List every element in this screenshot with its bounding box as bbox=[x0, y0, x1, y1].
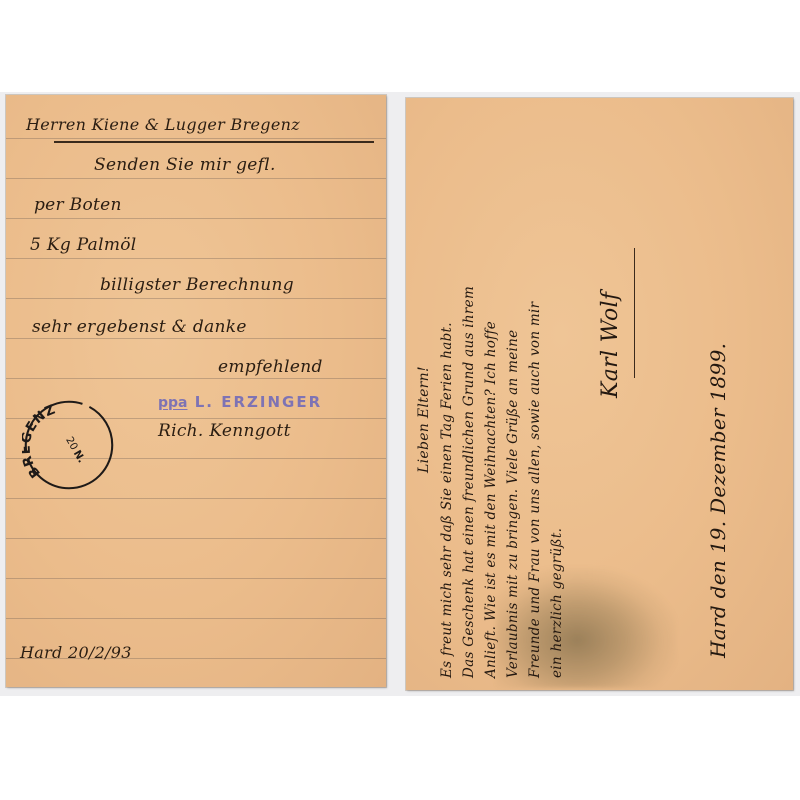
ruled-line bbox=[6, 498, 386, 499]
message-line: Senden Sie mir gefl. bbox=[94, 155, 276, 175]
body-line: Freunde und Frau von uns allen, sowie au… bbox=[527, 302, 543, 678]
ruled-line bbox=[6, 378, 386, 379]
ruled-line bbox=[6, 298, 386, 299]
body-line: Es freut mich sehr daß Sie einen Tag Fer… bbox=[439, 322, 455, 678]
postmark-town: BREGENZ bbox=[22, 402, 58, 480]
ruled-line bbox=[6, 138, 386, 139]
signature-flourish bbox=[634, 248, 635, 378]
company-stamp: ppa L. ERZINGER bbox=[158, 393, 322, 411]
signature: Karl Wolf bbox=[598, 292, 623, 398]
ink-stain bbox=[496, 568, 676, 688]
message-line: billigster Berechnung bbox=[100, 275, 294, 295]
stamp-prefix: ppa bbox=[158, 395, 188, 411]
body-line: Verlaubnis mit zu bringen. Viele Grüße a… bbox=[505, 330, 521, 678]
message-line: 5 Kg Palmöl bbox=[30, 235, 137, 255]
postcard-back-right: Lieben Eltern! Es freut mich sehr daß Si… bbox=[406, 98, 793, 690]
message-line: sehr ergebenst & danke bbox=[32, 317, 247, 337]
body-line: ein herzlich gegrüßt. bbox=[549, 528, 565, 678]
stamp-name: L. ERZINGER bbox=[195, 393, 322, 411]
ruled-line bbox=[6, 578, 386, 579]
body-line: Das Geschenk hat einen freundlichen Grun… bbox=[461, 286, 477, 678]
ruled-line bbox=[6, 538, 386, 539]
message-line: per Boten bbox=[34, 195, 122, 215]
address-line: Herren Kiene & Lugger Bregenz bbox=[26, 115, 300, 134]
ruled-line bbox=[6, 218, 386, 219]
ruled-line bbox=[6, 338, 386, 339]
ruled-line bbox=[6, 618, 386, 619]
body-line: Anlieft. Wie ist es mit den Weihnachten?… bbox=[483, 321, 499, 678]
postmark-stamp: BREGENZ 20 N. bbox=[22, 398, 116, 492]
postmark-line: N. bbox=[71, 448, 88, 465]
place-date: Hard den 19. Dezember 1899. bbox=[706, 343, 730, 658]
place-date: Hard 20/2/93 bbox=[20, 643, 132, 662]
postcard-front-left: Herren Kiene & Lugger Bregenz Senden Sie… bbox=[6, 95, 386, 687]
address-underline bbox=[54, 141, 374, 143]
svg-text:BREGENZ: BREGENZ bbox=[22, 402, 58, 480]
ruled-line bbox=[6, 258, 386, 259]
message-line: empfehlend bbox=[218, 357, 323, 377]
ruled-line bbox=[6, 178, 386, 179]
signature: Rich. Kenngott bbox=[158, 421, 291, 441]
salutation: Lieben Eltern! bbox=[416, 366, 432, 473]
